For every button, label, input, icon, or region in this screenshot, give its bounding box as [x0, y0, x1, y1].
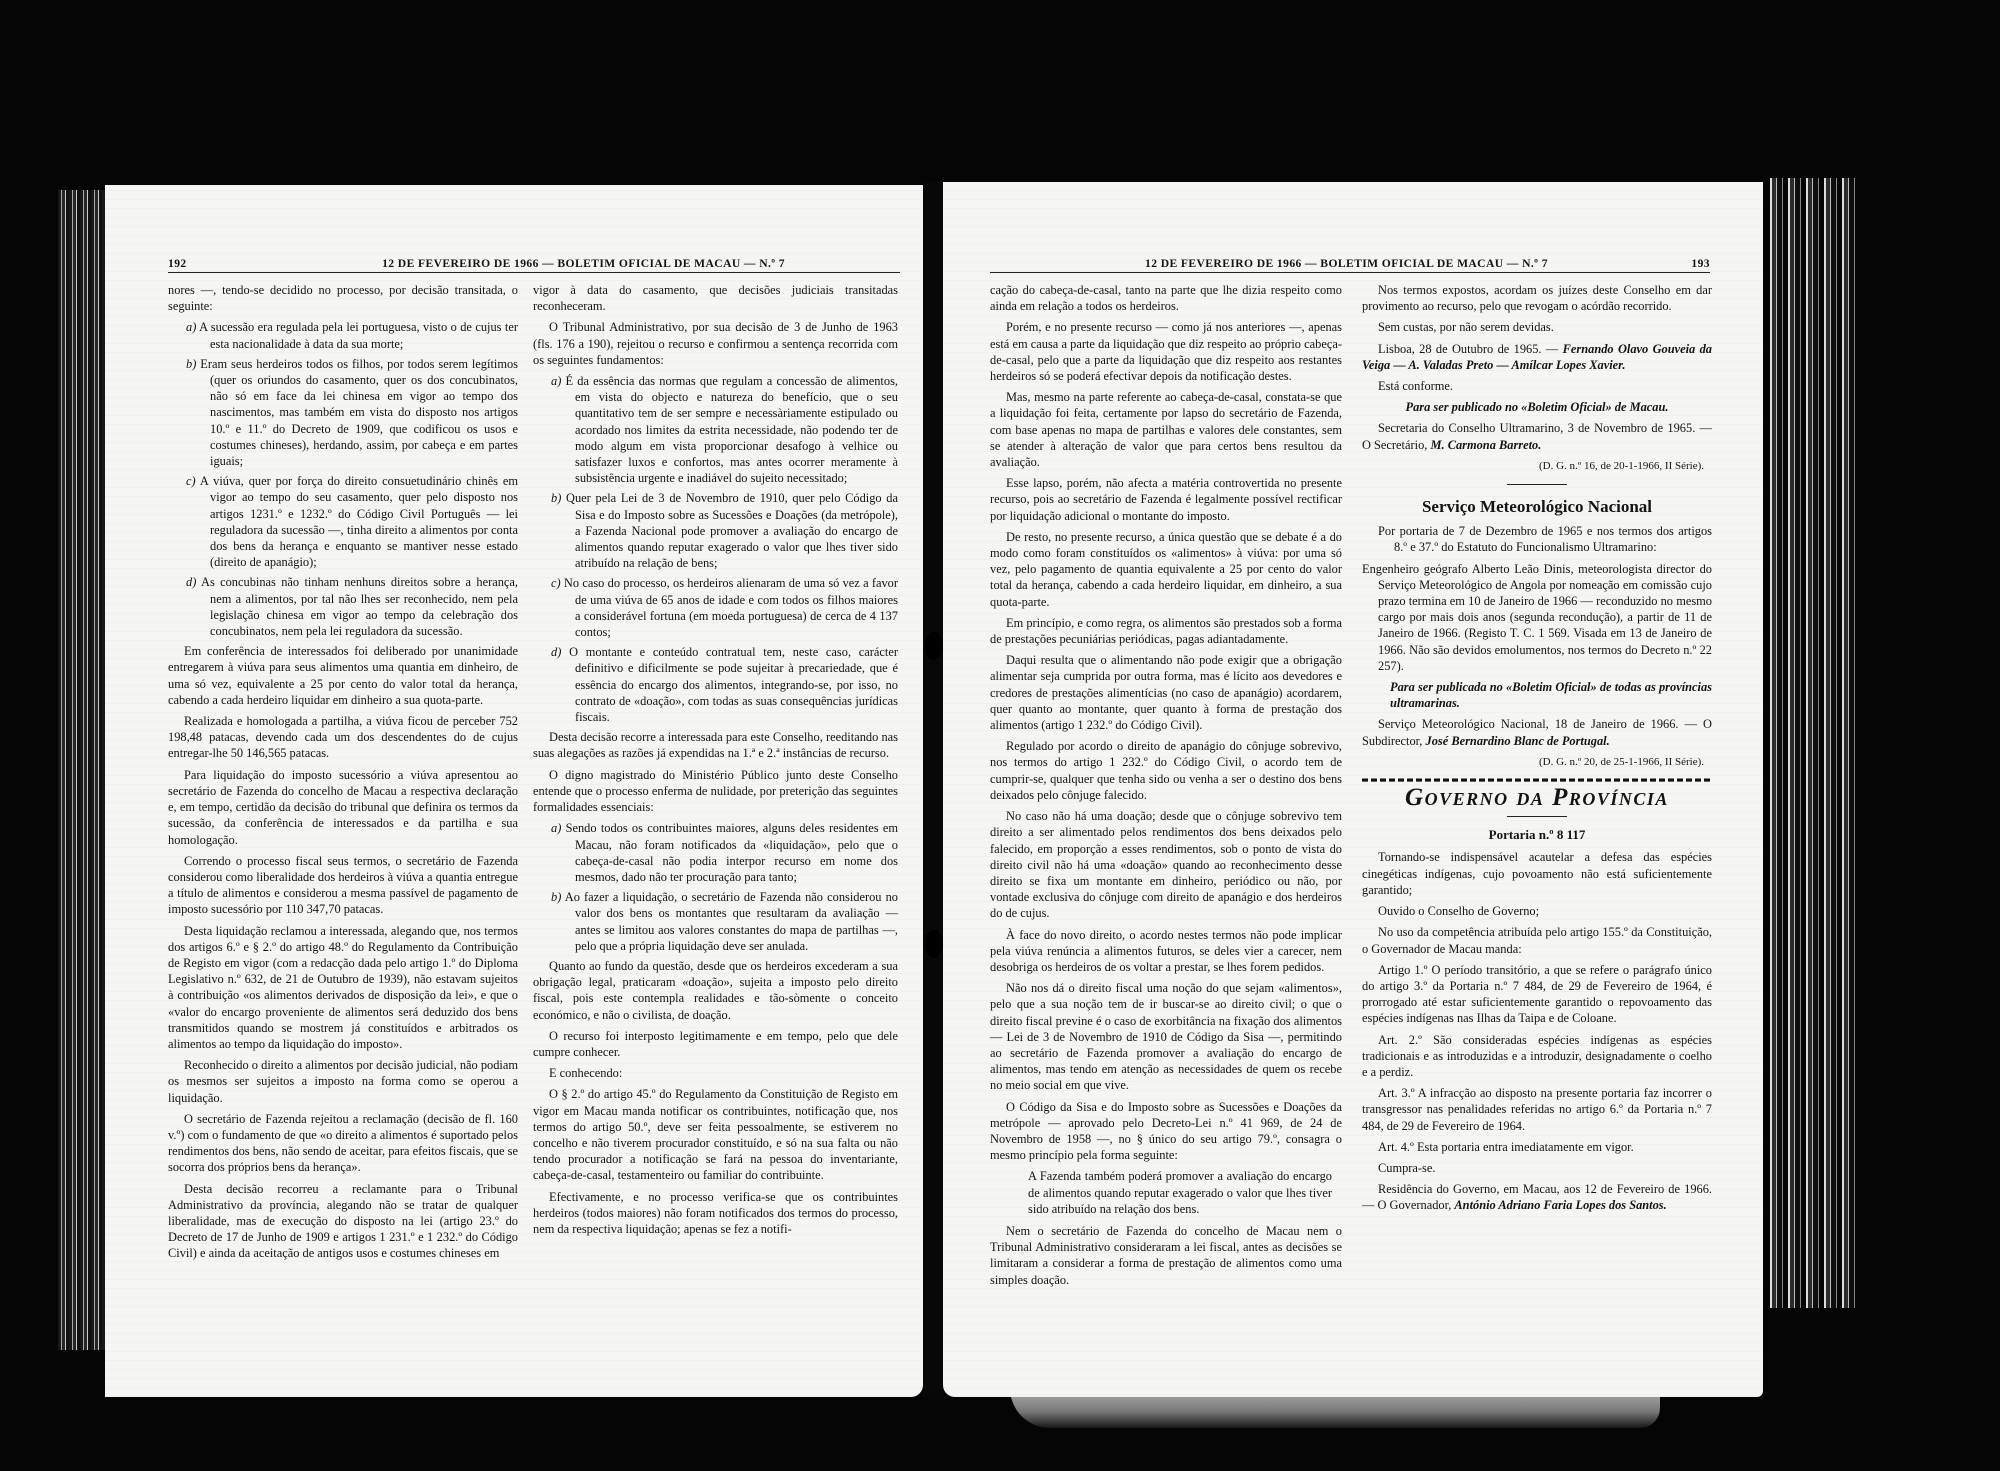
list-item-label: b)	[551, 890, 561, 904]
portaria-title: Portaria n.º 8 117	[1362, 827, 1712, 843]
list-item-label: c)	[551, 576, 561, 590]
paragraph: Esse lapso, porém, não afecta a matéria …	[990, 475, 1342, 524]
list-item-label: a)	[186, 320, 196, 334]
paragraph: Quanto ao fundo da questão, desde que os…	[533, 958, 898, 1023]
paragraph: Correndo o processo fiscal seus termos, …	[168, 853, 518, 918]
paragraph: Realizada e homologada a partilha, a viú…	[168, 713, 518, 762]
paragraph: Efectivamente, e no processo verifica-se…	[533, 1189, 898, 1238]
dg-reference: (D. G. n.º 16, de 20-1-1966, II Série).	[1362, 458, 1704, 474]
paragraph: Art. 4.º Esta portaria entra imediatamen…	[1362, 1139, 1712, 1155]
paragraph: No caso não há uma doação; desde que o c…	[990, 808, 1342, 921]
lisboa-signature: Lisboa, 28 de Outubro de 1965. — Fernand…	[1362, 341, 1712, 373]
paragraph: Para liquidação do imposto sucessório a …	[168, 767, 518, 848]
list-item-text: Eram seus herdeiros todos os filhos, por…	[200, 357, 518, 468]
paragraph: De resto, no presente recurso, a única q…	[990, 529, 1342, 610]
left-header-rule	[168, 272, 900, 273]
publish-note: Para ser publicado no «Boletim Oficial» …	[1362, 399, 1712, 415]
paragraph: Engenheiro geógrafo Alberto Leão Dinis, …	[1362, 561, 1712, 674]
paragraph: Cumpra-se.	[1362, 1160, 1712, 1176]
paragraph: Por portaria de 7 de Dezembro de 1965 e …	[1362, 523, 1712, 555]
list-item: b) Ao fazer a liquidação, o secretário d…	[533, 889, 898, 954]
list-item: d) O montante e conteúdo contratual tem,…	[533, 644, 898, 725]
paragraph: E conhecendo:	[533, 1065, 898, 1081]
list-item-text: O montante e conteúdo contratual tem, ne…	[569, 645, 898, 724]
binding-hole	[925, 930, 943, 958]
paragraph: Não nos dá o direito fiscal uma noção do…	[990, 980, 1342, 1093]
paragraph: Art. 2.º São consideradas espécies indíg…	[1362, 1032, 1712, 1081]
paragraph: Em princípio, e como regra, os alimentos…	[990, 615, 1342, 647]
book-page-edges-right	[1770, 178, 1860, 1308]
list-item-label: d)	[186, 575, 196, 589]
list-item-label: c)	[186, 474, 196, 488]
left-running-head: 192 12 DE FEVEREIRO DE 1966 — BOLETIM OF…	[168, 257, 900, 270]
left-column-1: nores —, tendo-se decidido no processo, …	[168, 282, 518, 1267]
list-item-text: É da essência das normas que regulam a c…	[566, 374, 898, 485]
list-item-text: Ao fazer a liquidação, o secretário de F…	[565, 890, 898, 953]
paragraph: Daqui resulta que o alimentando não pode…	[990, 652, 1342, 733]
paragraph: Nos termos expostos, acordam os juízes d…	[1362, 282, 1712, 314]
paragraph: Tornando-se indispensável acautelar a de…	[1362, 849, 1712, 898]
paragraph: Artigo 1.º O período transitório, a que …	[1362, 962, 1712, 1027]
right-running-head: 12 DE FEVEREIRO DE 1966 — BOLETIM OFICIA…	[990, 257, 1710, 270]
paragraph: À face do novo direito, o acordo nestes …	[990, 927, 1342, 976]
paragraph: Ouvido o Conselho de Governo;	[1362, 903, 1712, 919]
left-page-number: 192	[168, 257, 187, 270]
list-item: a) É da essência das normas que regulam …	[533, 373, 898, 486]
paragraph: Mas, mesmo na parte referente ao cabeça-…	[990, 389, 1342, 470]
binding-hole	[925, 632, 943, 660]
list-item-text: A sucessão era regulada pela lei portugu…	[199, 320, 518, 350]
secretaria-signature: Secretaria do Conselho Ultramarino, 3 de…	[1362, 420, 1712, 452]
right-page-number: 193	[1691, 257, 1710, 270]
list-item: c) A viúva, quer por força do direito co…	[168, 473, 518, 570]
publish-note: Para ser publicada no «Boletim Oficial» …	[1362, 679, 1712, 711]
paragraph: O digno magistrado do Ministério Público…	[533, 767, 898, 816]
paragraph: O Código da Sisa e do Imposto sobre as S…	[990, 1099, 1342, 1164]
list-item-label: a)	[551, 821, 561, 835]
quotation: A Fazenda também poderá promover a avali…	[990, 1168, 1342, 1217]
paragraph: cação do cabeça-de-casal, tanto na parte…	[990, 282, 1342, 314]
list-item: b) Quer pela Lei de 3 de Novembro de 191…	[533, 490, 898, 571]
list-item-label: b)	[551, 491, 561, 505]
paragraph: Desta liquidação reclamou a interessada,…	[168, 923, 518, 1053]
paragraph: Reconhecido o direito a alimentos por de…	[168, 1057, 518, 1106]
list-item: d) As concubinas não tinham nenhuns dire…	[168, 574, 518, 639]
list-item-text: No caso do processo, os herdeiros aliena…	[564, 576, 898, 639]
ornamental-rule	[1362, 776, 1712, 784]
section-separator	[1507, 484, 1567, 485]
list-item-text: Sendo todos os contribuintes maiores, al…	[566, 821, 898, 884]
paragraph: Nem o secretário de Fazenda do concelho …	[990, 1223, 1342, 1288]
section-title-meteo: Serviço Meteorológico Nacional	[1362, 499, 1712, 515]
paragraph: Desta decisão recorre a interessada para…	[533, 729, 898, 761]
list-item-text: As concubinas não tinham nenhuns direito…	[201, 575, 518, 638]
list-item-label: a)	[551, 374, 561, 388]
right-header-rule	[990, 272, 1710, 273]
paragraph: O recurso foi interposto legitimamente e…	[533, 1028, 898, 1060]
list-item: b) Eram seus herdeiros todos os filhos, …	[168, 356, 518, 469]
paragraph: Desta decisão recorreu a reclamante para…	[168, 1181, 518, 1262]
paragraph: Porém, e no presente recurso — como já n…	[990, 319, 1342, 384]
paragraph: Está conforme.	[1362, 378, 1712, 394]
paragraph: nores —, tendo-se decidido no processo, …	[168, 282, 518, 314]
left-column-2: vigor à data do casamento, que decisões …	[533, 282, 898, 1242]
list-item-text: Quer pela Lei de 3 de Novembro de 1910, …	[566, 491, 898, 570]
book-page-edges-left	[58, 190, 106, 1350]
paragraph: Sem custas, por não serem devidas.	[1362, 319, 1712, 335]
paragraph: vigor à data do casamento, que decisões …	[533, 282, 898, 314]
list-item: c) No caso do processo, os herdeiros ali…	[533, 575, 898, 640]
list-item-text: A viúva, quer por força do direito consu…	[200, 474, 518, 569]
governor-signature: Residência do Governo, em Macau, aos 12 …	[1362, 1181, 1712, 1213]
section-title-governo: Governo da Província	[1362, 790, 1712, 806]
meteo-signature: Serviço Meteorológico Nacional, 18 de Ja…	[1362, 716, 1712, 748]
list-item: a) A sucessão era regulada pela lei port…	[168, 319, 518, 351]
list-item-label: d)	[551, 645, 561, 659]
dg-reference: (D. G. n.º 20, de 25-1-1966, II Série).	[1362, 754, 1704, 770]
paragraph: Em conferência de interessados foi delib…	[168, 643, 518, 708]
list-item-label: b)	[186, 357, 196, 371]
right-column-2: Nos termos expostos, acordam os juízes d…	[1362, 282, 1712, 1219]
left-header-title: 12 DE FEVEREIRO DE 1966 — BOLETIM OFICIA…	[382, 257, 785, 270]
paragraph: Regulado por acordo o direito de apanági…	[990, 738, 1342, 803]
book-gutter	[923, 182, 943, 1397]
right-header-title: 12 DE FEVEREIRO DE 1966 — BOLETIM OFICIA…	[1145, 257, 1548, 270]
right-column-1: cação do cabeça-de-casal, tanto na parte…	[990, 282, 1342, 1293]
section-separator	[1507, 816, 1567, 817]
paragraph: O Tribunal Administrativo, por sua decis…	[533, 319, 898, 368]
paragraph: Art. 3.º A infracção ao disposto na pres…	[1362, 1085, 1712, 1134]
paragraph: No uso da competência atribuída pelo art…	[1362, 924, 1712, 956]
paragraph: O § 2.º do artigo 45.º do Regulamento da…	[533, 1086, 898, 1183]
list-item: a) Sendo todos os contribuintes maiores,…	[533, 820, 898, 885]
paragraph: O secretário de Fazenda rejeitou a recla…	[168, 1111, 518, 1176]
